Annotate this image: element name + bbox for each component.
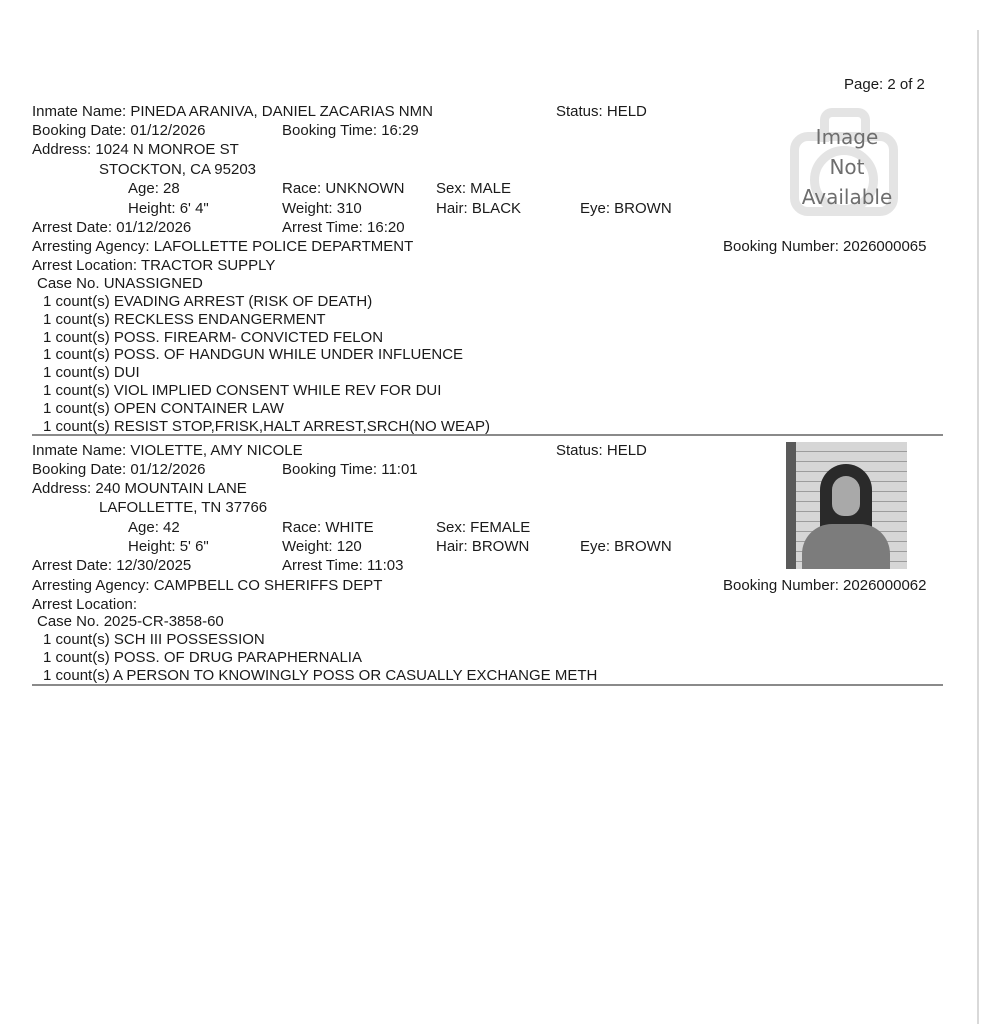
hair: Hair: BLACK [436,200,521,218]
race: Race: UNKNOWN [282,180,405,198]
age: Age: 42 [128,519,180,537]
arrest-date: Arrest Date: 01/12/2026 [32,219,191,237]
address-line1: Address: 1024 N MONROE ST [32,141,239,159]
charge-item: 1 count(s) SCH III POSSESSION [43,631,265,649]
charge-item: 1 count(s) POSS. OF HANDGUN WHILE UNDER … [43,346,463,364]
address-line1: Address: 240 MOUNTAIN LANE [32,480,247,498]
mugshot-photo [786,442,907,569]
arrest-time: Arrest Time: 16:20 [282,219,405,237]
placeholder-text: Image [784,122,910,152]
charge-item: 1 count(s) A PERSON TO KNOWINGLY POSS OR… [43,667,597,685]
charge-item: 1 count(s) OPEN CONTAINER LAW [43,400,284,418]
booking-time: Booking Time: 16:29 [282,122,419,140]
booking-number: Booking Number: 2026000062 [723,577,926,595]
booking-number: Booking Number: 2026000065 [723,238,926,256]
case-number: Case No. 2025-CR-3858-60 [37,613,224,631]
arrest-location: Arrest Location: [32,596,137,614]
charge-item: 1 count(s) RESIST STOP,FRISK,HALT ARREST… [43,418,490,436]
page-edge [977,30,979,1024]
height: Height: 5' 6" [128,538,209,556]
status: Status: HELD [556,103,647,121]
arrest-time: Arrest Time: 11:03 [282,557,403,575]
hair: Hair: BROWN [436,538,529,556]
arresting-agency: Arresting Agency: CAMPBELL CO SHERIFFS D… [32,577,382,595]
charge-item: 1 count(s) EVADING ARREST (RISK OF DEATH… [43,293,372,311]
status: Status: HELD [556,442,647,460]
height: Height: 6' 4" [128,200,209,218]
weight: Weight: 120 [282,538,362,556]
inmate-name: Inmate Name: VIOLETTE, AMY NICOLE [32,442,303,460]
case-number: Case No. UNASSIGNED [37,275,203,293]
record-divider [32,434,943,436]
race: Race: WHITE [282,519,374,537]
inmate-name: Inmate Name: PINEDA ARANIVA, DANIEL ZACA… [32,103,433,121]
arrest-date: Arrest Date: 12/30/2025 [32,557,191,575]
image-not-available: Image Not Available [784,104,910,224]
charge-item: 1 count(s) DUI [43,364,140,382]
charge-item: 1 count(s) POSS. OF DRUG PARAPHERNALIA [43,649,362,667]
age: Age: 28 [128,180,180,198]
sex: Sex: FEMALE [436,519,530,537]
charge-item: 1 count(s) POSS. FIREARM- CONVICTED FELO… [43,329,383,347]
booking-date: Booking Date: 01/12/2026 [32,461,205,479]
eye: Eye: BROWN [580,200,672,218]
charge-item: 1 count(s) RECKLESS ENDANGERMENT [43,311,326,329]
page-number: Page: 2 of 2 [844,76,925,94]
booking-time: Booking Time: 11:01 [282,461,418,479]
weight: Weight: 310 [282,200,362,218]
booking-date: Booking Date: 01/12/2026 [32,122,205,140]
arrest-location: Arrest Location: TRACTOR SUPPLY [32,257,275,275]
arresting-agency: Arresting Agency: LAFOLLETTE POLICE DEPA… [32,238,413,256]
sex: Sex: MALE [436,180,511,198]
address-line2: STOCKTON, CA 95203 [99,161,256,179]
record-divider [32,684,943,686]
eye: Eye: BROWN [580,538,672,556]
charge-item: 1 count(s) VIOL IMPLIED CONSENT WHILE RE… [43,382,441,400]
address-line2: LAFOLLETTE, TN 37766 [99,499,267,517]
